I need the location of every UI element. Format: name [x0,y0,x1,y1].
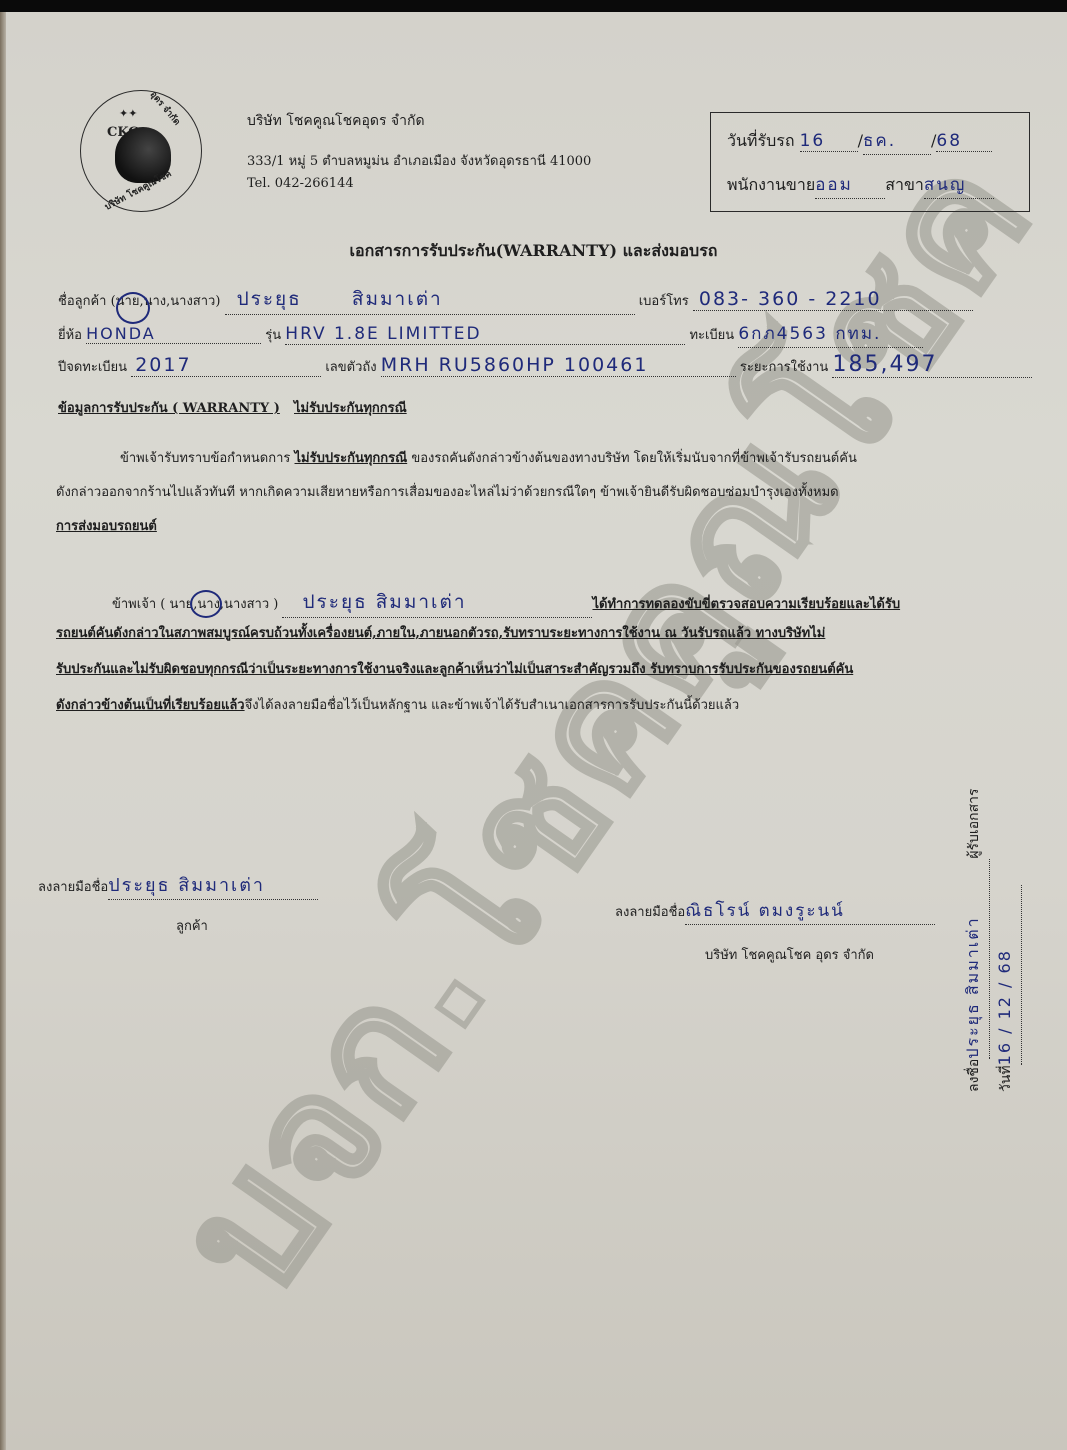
phone-label: เบอร์โทร [639,294,689,309]
side-role: ผู้รับเอกสาร [966,788,982,858]
model-value: HRV 1.8E LIMITTED [285,324,481,344]
salesperson-value: ออม [815,175,853,195]
company-signature-block: ลงลายมือชื่อณิธโรน์ ตมงรูะนน์ [615,897,935,925]
mileage-label: ระยะการใช้งาน [740,360,828,375]
warranty-text-c: ดังกล่าวออกจากร้านไปแล้วทันที หากเกิดควา… [56,476,1011,510]
receipt-date-day: 16 [800,131,826,151]
delivery-title-circle [190,590,222,618]
side-date-label: วันที่ [998,1065,1014,1092]
logo-ring-text-top: อุดร จำกัด [147,88,184,128]
customer-signature: ประยุธ สิมมาเต่า [108,875,265,896]
branch-value: สนญ [924,175,966,195]
company-signature: ณิธโรน์ ตมงรูะนน์ [685,901,845,921]
warranty-text-underlined: ไม่รับประกันทุกกรณี [295,451,408,466]
warranty-heading: ข้อมูลการรับประกัน ( WARRANTY ) [58,401,280,416]
receipt-date-row: วันที่รับรถ 16/ธค./68 [727,127,992,155]
stars-icon: ✦✦ [119,107,137,120]
company-address: 333/1 หมู่ 5 ตำบลหมูม่น อำเภอเมือง จังหว… [247,150,591,171]
warranty-text-a: ข้าพเจ้ารับทราบข้อกำหนดการ [120,451,295,466]
warranty-paragraph: ข้าพเจ้ารับทราบข้อกำหนดการ ไม่รับประกันท… [56,442,1011,544]
delivery-line-4-underlined: ดังกล่าวข้างต้นเป็นที่เรียบร้อยแล้ว [56,698,245,713]
warranty-heading-value: ไม่รับประกันทุกกรณี [294,401,407,416]
company-role: บริษัท โชคคูณโชค อุดร จำกัด [705,944,874,965]
delivery-line-1: ได้ทำการทดลองขับขี่ตรวจสอบความเรียบร้อยแ… [592,597,900,612]
delivery-heading: การส่งมอบรถยนต์ [56,510,1011,544]
receipt-date-month: ธค. [863,131,896,151]
customer-last-name: สิมมาเต่า [352,288,443,310]
company-tel: Tel. 042-266144 [247,176,354,191]
plate-label: ทะเบียน [689,328,734,343]
company-signature-label: ลงลายมือชื่อ [615,905,685,920]
document-receipt-note: ลงชื่อประยุธ สิมมาเต่าผู้รับเอกสาร วันที… [958,788,1022,1092]
year-label: ปีจดทะเบียน [58,360,127,375]
sales-label: พนักงานขาย [727,175,815,194]
delivery-line-3: รับประกันและไม่รับผิดชอบทุกกรณีว่าเป็นระ… [56,652,1011,688]
company-name: บริษัท โชคคูณโชคอุดร จำกัด [247,110,425,132]
vehicle-row-2: ปีจดทะเบียน 2017 เลขตัวถัง MRH RU5860HP … [58,352,1027,378]
customer-row: ชื่อลูกค้า (นาย,นาง,นางสาว) ประยุธ สิมมา… [58,284,1027,315]
year-value: 2017 [135,354,191,376]
side-sign-label: ลงชื่อ [966,1059,982,1092]
warranty-heading-row: ข้อมูลการรับประกัน ( WARRANTY ) ไม่รับปร… [58,397,1027,418]
side-sign-value: ประยุธ สิมมาเต่า [963,916,982,1058]
company-logo: ✦✦ CKC บริษัท โชคคูณโชค อุดร จำกัด [80,90,202,212]
branch-label: สาขา [885,175,924,194]
delivery-line-4-rest: จึงได้ลงลายมือชื่อไว้เป็นหลักฐาน และข้าพ… [245,698,740,713]
receipt-date-year: 68 [936,131,962,151]
chassis-label: เลขตัวถัง [325,360,376,375]
warranty-text-b: ของรถคันดังกล่าวข้างต้นของทางบริษัท โดยใ… [407,451,857,466]
receipt-date-label: วันที่รับรถ [727,131,795,150]
chassis-value: MRH RU5860HP 100461 [381,354,649,376]
model-label: รุ่น [265,328,281,343]
vehicle-row-1: ยี่ห้อ HONDA รุ่น HRV 1.8E LIMITTED ทะเบ… [58,320,1027,348]
side-date-value: 16 / 12 / 68 [995,949,1014,1065]
customer-signature-block: ลงลายมือชื่อประยุธ สิมมาเต่า [38,870,318,900]
brand-value: HONDA [86,324,156,343]
phone-value: 083- 360 - 2210 [699,288,882,310]
paper-edge [0,12,6,1450]
plate-value: 6กภ4563 กทม. [738,324,881,344]
brand-label: ยี่ห้อ [58,328,82,343]
delivery-paragraph: รถยนต์คันดังกล่าวในสภาพสมบูรณ์ครบถ้วนทั้… [56,616,1011,724]
customer-role: ลูกค้า [176,915,208,936]
mileage-value: 185,497 [832,352,937,377]
delivery-line-2: รถยนต์คันดังกล่าวในสภาพสมบูรณ์ครบถ้วนทั้… [56,616,1011,652]
receipt-sales-row: พนักงานขายออมสาขาสนญ [727,171,994,199]
customer-signature-label: ลงลายมือชื่อ [38,880,108,895]
delivery-handwritten-name: ประยุธ สิมมาเต่า [302,591,466,613]
customer-first-name: ประยุธ [237,288,302,310]
document-title: เอกสารการรับประกัน(WARRANTY) และส่งมอบรถ [0,239,1067,264]
warranty-document: บจก.โชคคูณโชค ✦✦ CKC บริษัท โชคคูณโชค อุ… [0,12,1067,1450]
receipt-box: วันที่รับรถ 16/ธค./68 พนักงานขายออมสาขาส… [710,112,1030,212]
